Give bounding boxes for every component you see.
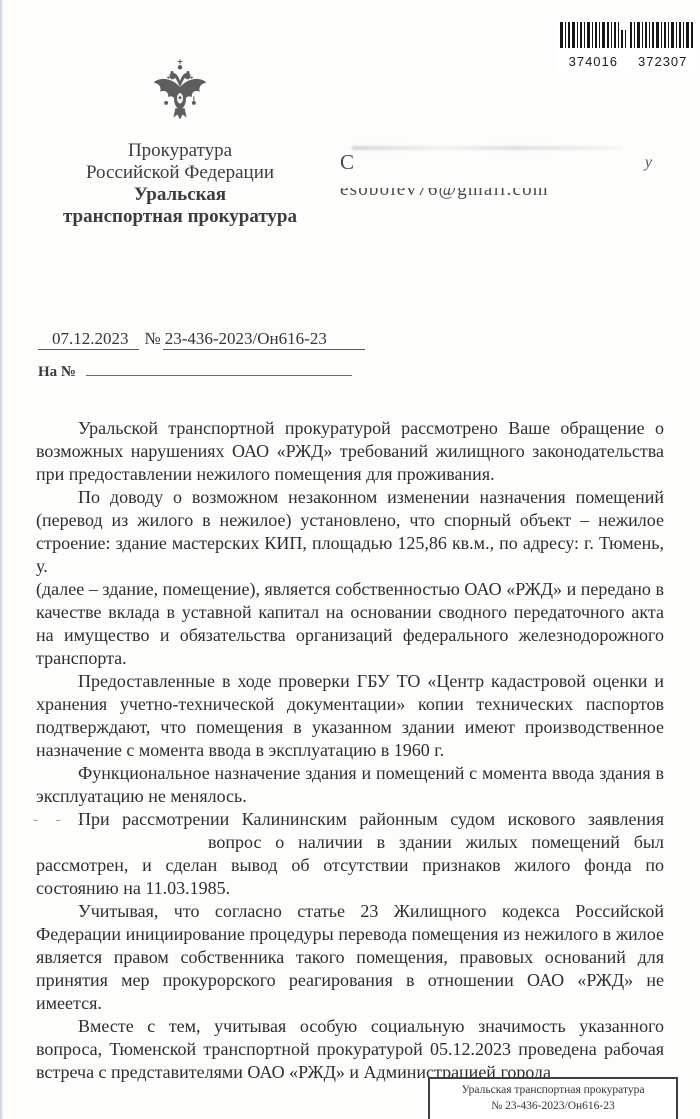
barcode: 374016 372307 [558,20,698,71]
paragraph: вопрос о наличии в здании жилых помещени… [36,831,664,900]
scanned-letter-page: 374016 372307 [0,0,700,1119]
letterhead-line3: Уральская [28,184,332,206]
registration-stamp: Уральская транспортная прокуратура № 23-… [428,1077,678,1119]
recipient-email-clipped: esobolev76@gmail.com [340,188,652,201]
paragraph-text: Вместе с тем, учитывая особую социальную… [36,1016,664,1082]
recipient-fragment-right: у [645,154,652,172]
paragraph: Уральской транспортной прокуратурой расс… [36,417,664,486]
paragraph: Учитывая, что согласно статье 23 Жилищно… [36,900,664,1015]
recipient-fragment-left: С [340,150,354,175]
recipient-email: esobolev76@gmail.com [340,188,652,201]
document-date: 07.12.2023 [38,329,139,350]
paragraph-text: Функциональное назначение здания и помещ… [36,763,664,806]
paragraph: Предоставленные в ходе проверки ГБУ ТО «… [36,670,664,762]
letterhead: Прокуратура Российской Федерации Уральск… [28,56,332,228]
paragraph: Вместе с тем, учитывая особую социальную… [36,1015,664,1084]
coat-of-arms-icon [147,56,213,134]
number-sign: № [145,329,161,348]
barcode-bars-icon [558,22,694,48]
document-number: 23-436-2023/Он616-23 [163,329,365,350]
document-body: Уральской транспортной прокуратурой расс… [36,417,664,1084]
paragraph-text: Уральской транспортной прокуратурой расс… [36,418,664,484]
barcode-number-right: 372307 [638,54,687,69]
paragraph-text: При рассмотрении Калининским районным су… [78,809,664,829]
barcode-number-left: 374016 [569,54,618,69]
stamp-org-name: Уральская транспортная прокуратура [432,1083,674,1098]
redaction-margin-marks: - - - [33,812,91,829]
letterhead-line1: Прокуратура [28,140,332,162]
paragraph: Функциональное назначение здания и помещ… [36,762,664,808]
reference-block: 07.12.2023№23-436-2023/Он616-23 На № [38,329,458,381]
paragraph-text: По доводу о возможном незаконном изменен… [36,487,664,576]
paragraph: (далее – здание, помещение), является со… [36,578,664,670]
letterhead-line4: транспортная прокуратура [28,206,332,228]
stamp-number: № 23-436-2023/Он616-23 [432,1098,674,1114]
scan-edge-artifact [0,0,3,1119]
paragraph-text: вопрос о наличии в здании жилых помещени… [36,832,664,898]
letterhead-line2: Российской Федерации [28,162,332,184]
recipient-block: С у esobolev76@gmail.com [340,150,652,201]
paragraph: По доводу о возможном незаконном изменен… [36,486,664,578]
paragraph-text: Учитывая, что согласно статье 23 Жилищно… [36,901,664,1013]
reply-number-blank [86,362,352,376]
paragraph-text: Предоставленные в ходе проверки ГБУ ТО «… [36,671,664,760]
reply-to-label: На № [38,364,76,380]
paragraph-text: (далее – здание, помещение), является со… [36,579,664,668]
paragraph: При рассмотрении Калининским районным су… [36,808,664,831]
